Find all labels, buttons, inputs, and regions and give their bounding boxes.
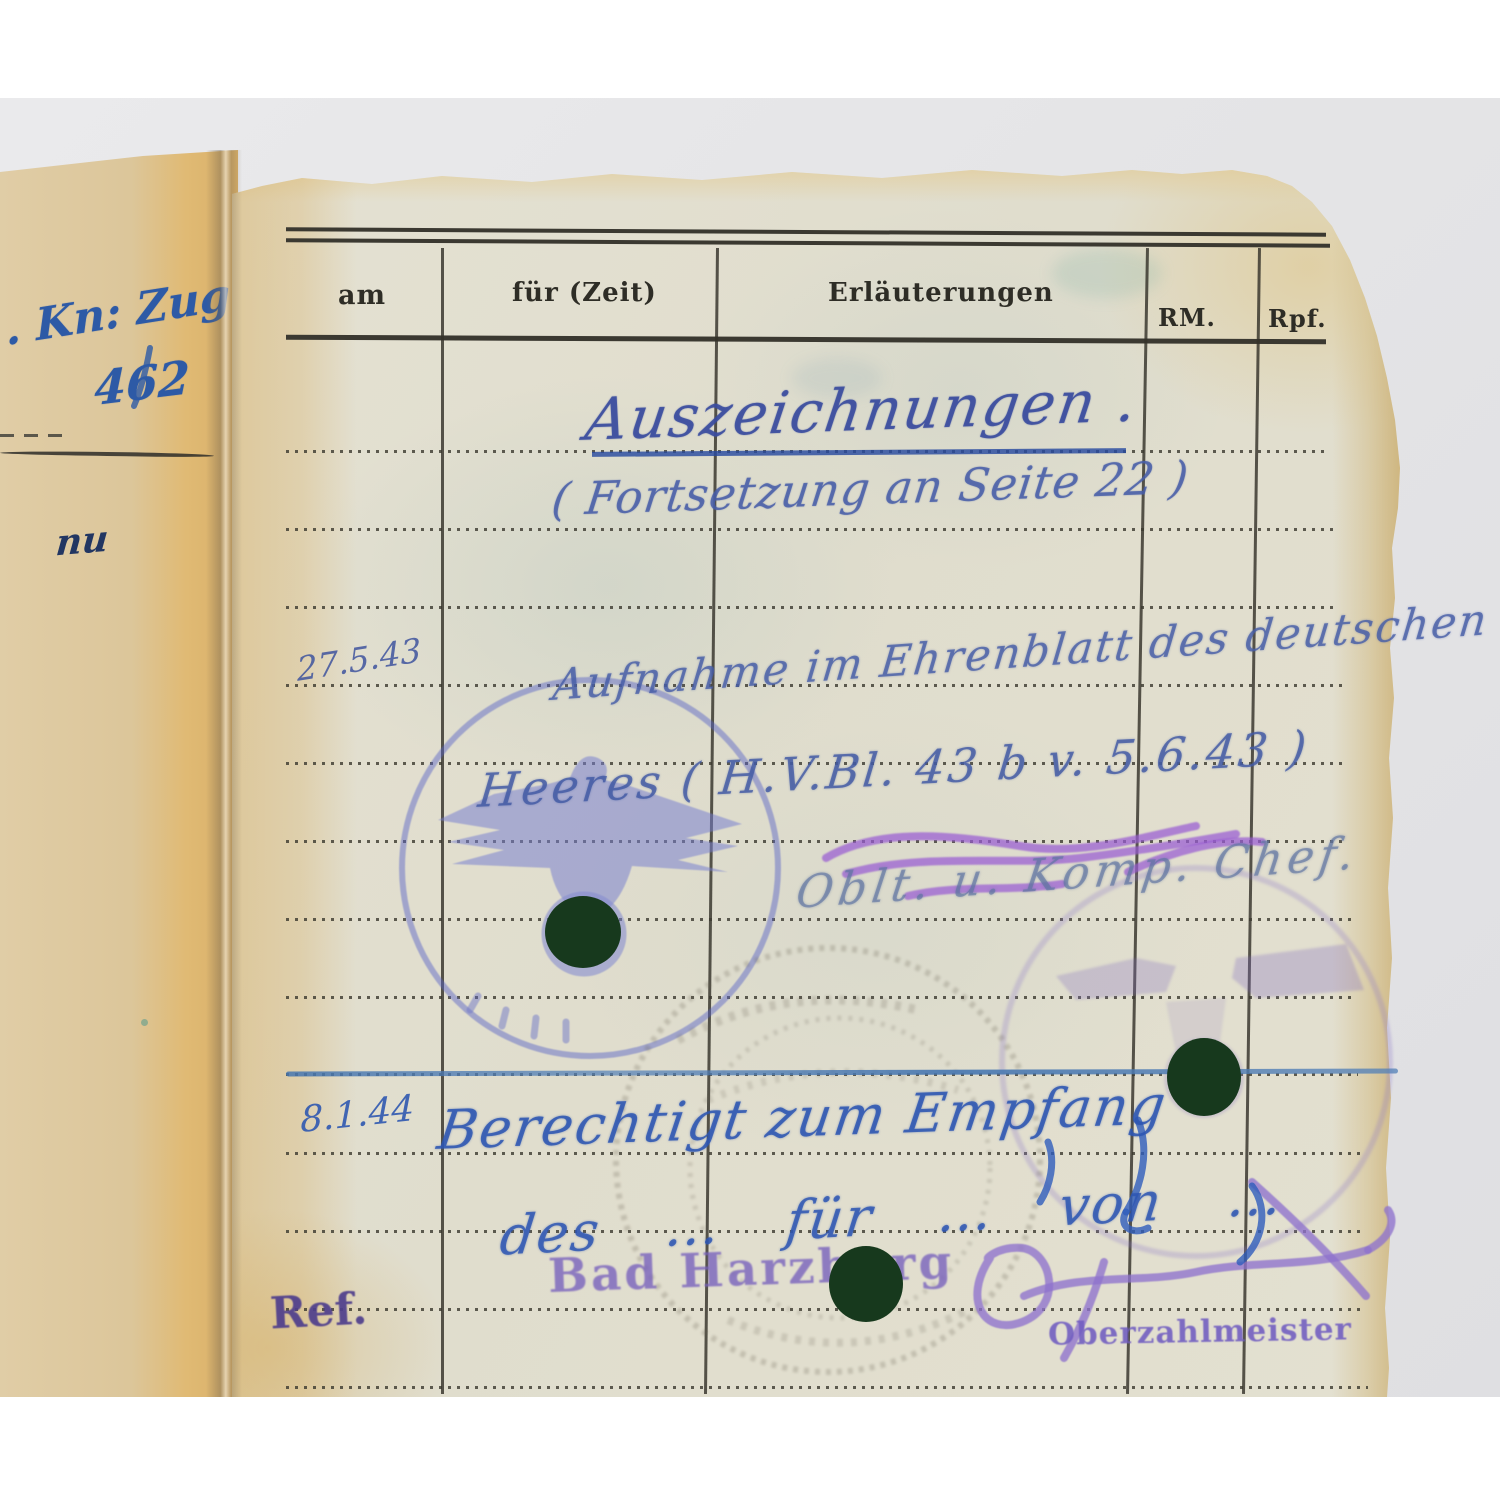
column-line-1 xyxy=(441,248,444,1394)
ink-speck xyxy=(141,1019,148,1026)
left-page-handwriting-initials: nu xyxy=(54,517,110,564)
booklet-spine-crease xyxy=(206,150,242,1397)
header-am: am xyxy=(338,280,386,311)
header-fuer-zeit: für (Zeit) xyxy=(512,278,657,308)
ref-stamp-text: Ref. xyxy=(269,1283,369,1339)
dotted-row xyxy=(286,1386,1368,1389)
header-erlaeuterungen: Erläuterungen xyxy=(828,278,1054,308)
dotted-row xyxy=(286,1308,1366,1311)
rank-stamp-text: Oberzahlmeister xyxy=(1048,1311,1352,1352)
document-photo: . Kn: Zug. 462 nu am für (Zeit) Erläuter… xyxy=(0,0,1500,1500)
censor-dot-2 xyxy=(1167,1038,1241,1116)
censor-dot-1 xyxy=(545,896,621,968)
header-rpf: Rpf. xyxy=(1268,304,1327,333)
dotted-row xyxy=(286,606,1338,609)
left-page-dash-mark xyxy=(0,434,66,437)
censor-dot-3 xyxy=(829,1246,903,1322)
header-rm: RM. xyxy=(1158,303,1216,332)
dotted-row xyxy=(286,528,1334,531)
dotted-row xyxy=(286,996,1354,999)
dotted-row xyxy=(286,918,1352,921)
